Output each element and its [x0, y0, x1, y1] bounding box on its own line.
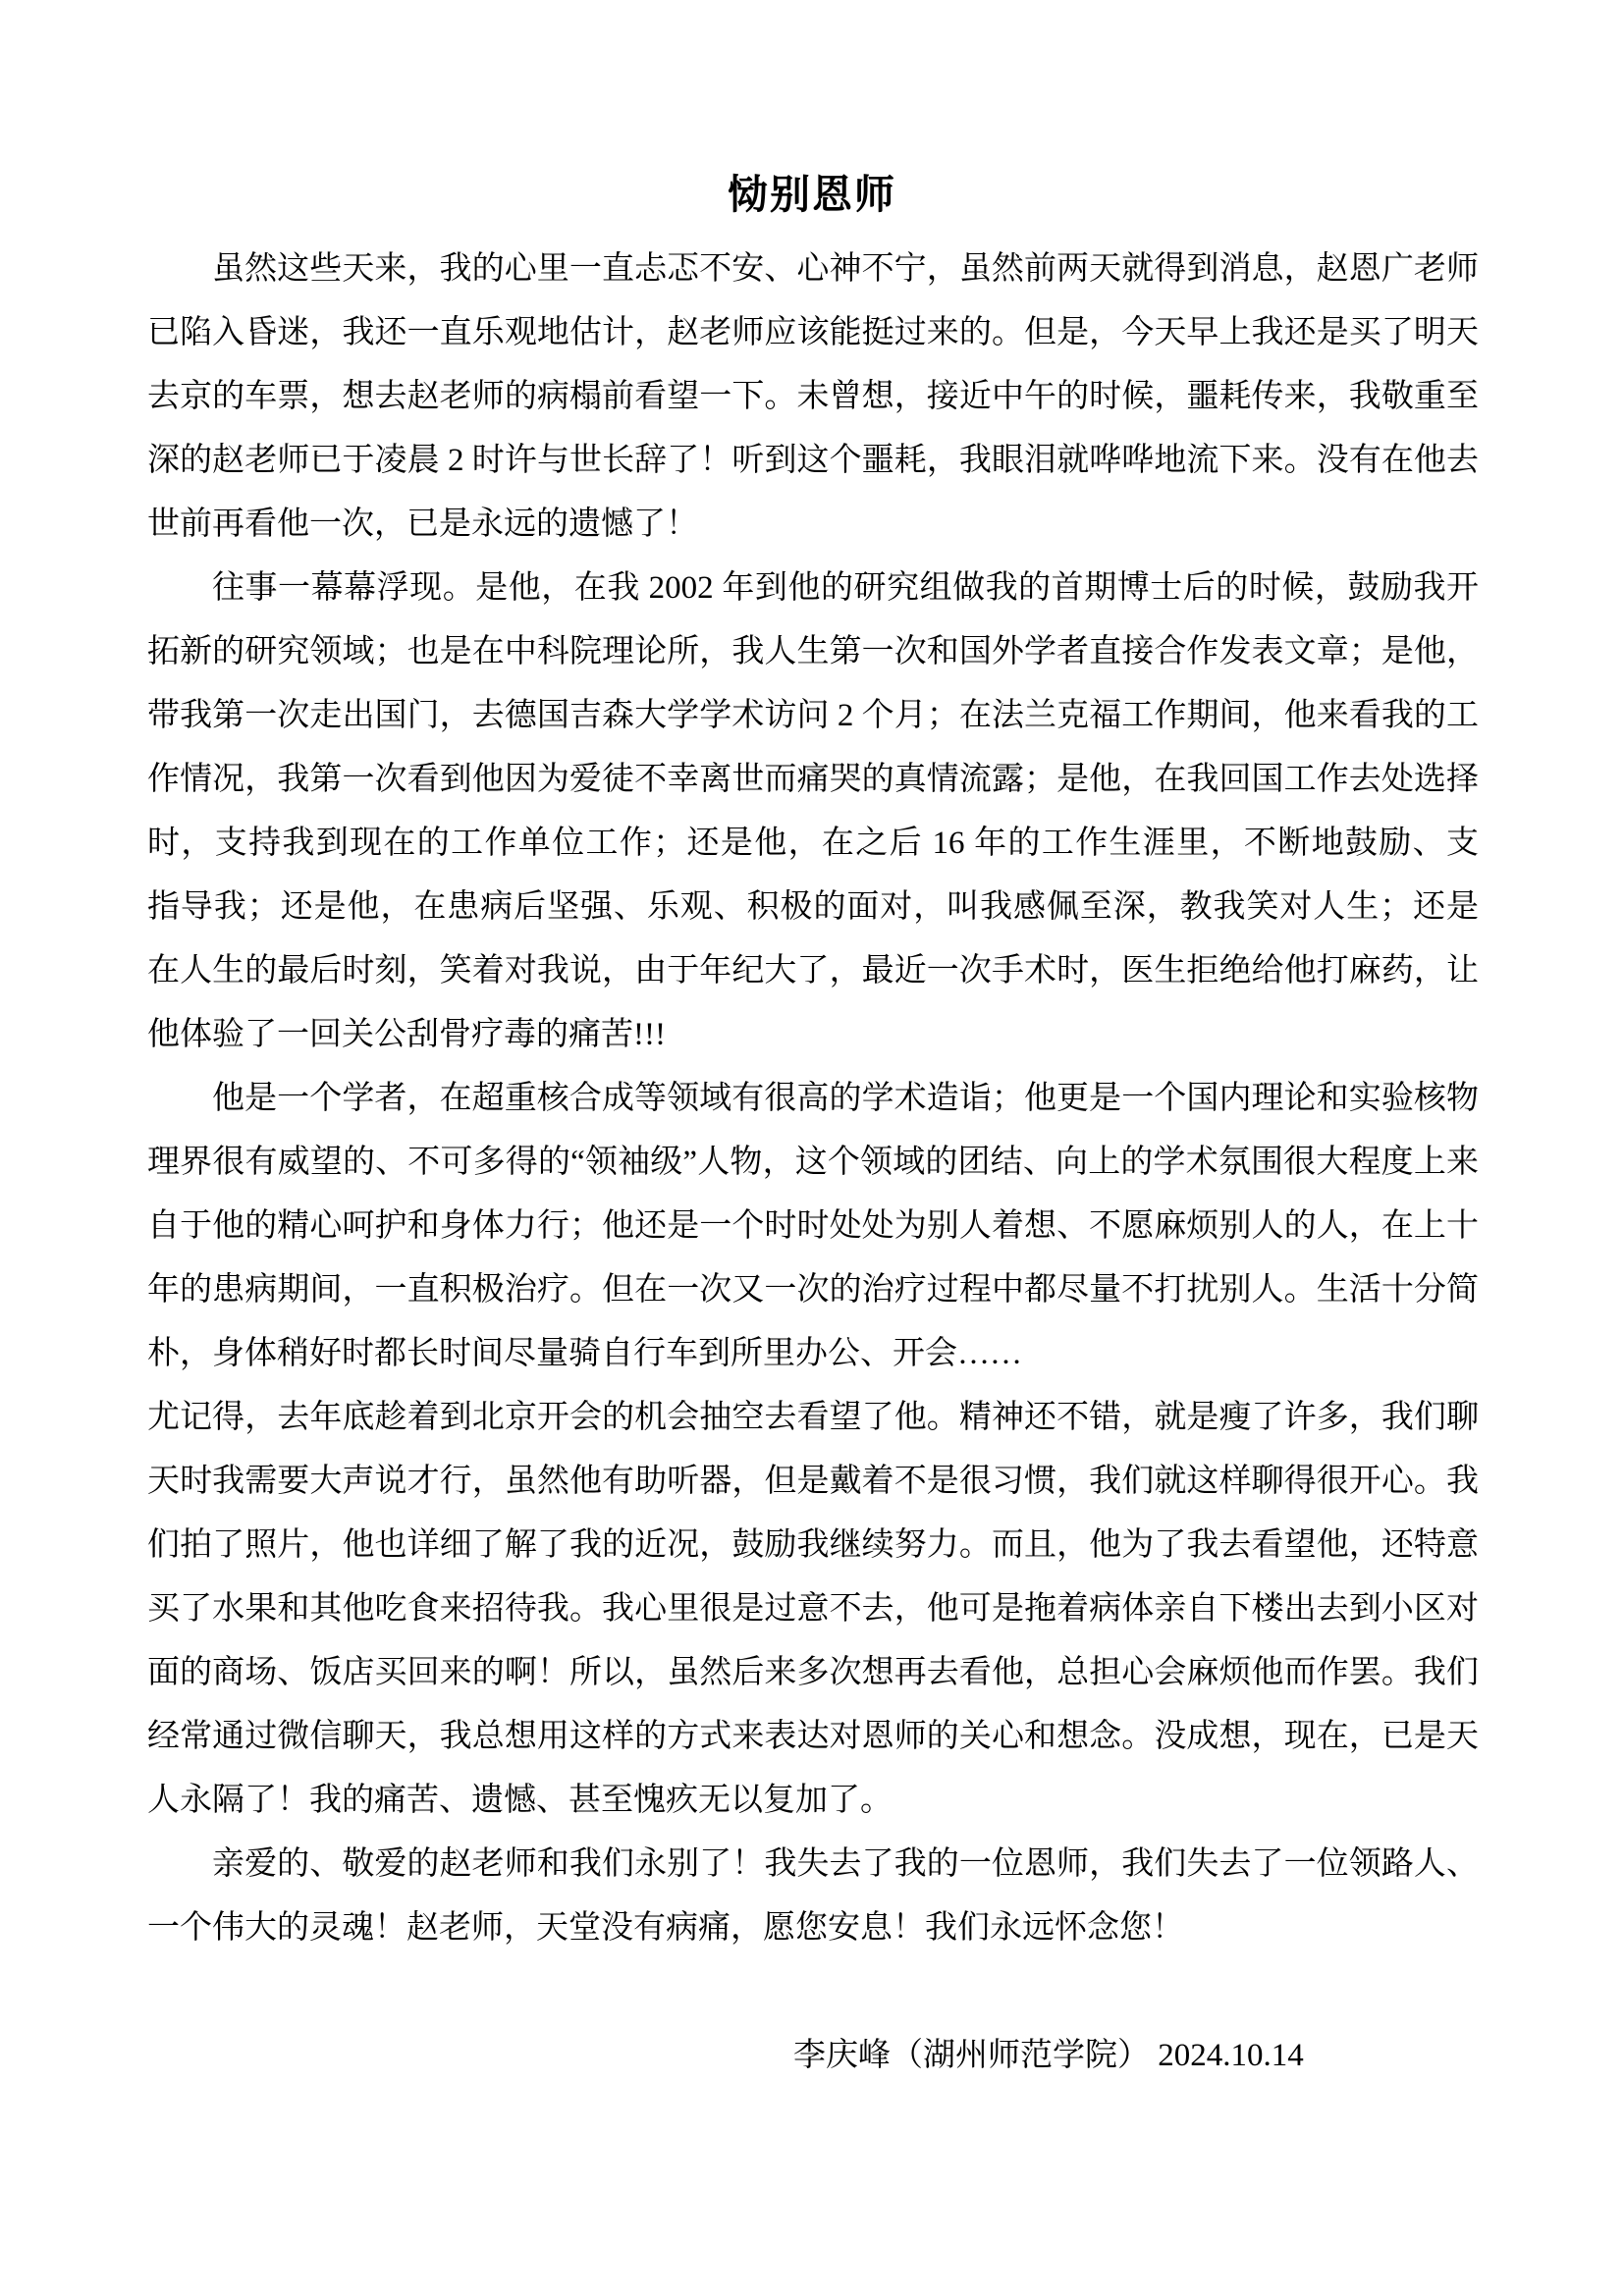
text-line: 作情况，我第一次看到他因为爱徒不幸离世而痛哭的真情流露；是他，在我回国工作去处选… [147, 748, 1479, 812]
text-line: 自于他的精心呵护和身体力行；他还是一个时时处处为别人着想、不愿麻烦别人的人，在上… [147, 1195, 1479, 1258]
text-line: 在人生的最后时刻，笑着对我说，由于年纪大了，最近一次手术时，医生拒绝给他打麻药，… [147, 939, 1479, 1003]
text-line: 面的商场、饭店买回来的啊！所以，虽然后来多次想再去看他，总担心会麻烦他而作罢。我… [147, 1641, 1479, 1705]
text-line: 一个伟大的灵魂！赵老师，天堂没有病痛，愿您安息！我们永远怀念您！ [147, 1896, 1479, 1960]
paragraph: 他是一个学者，在超重核合成等领域有很高的学术造诣；他更是一个国内理论和实验核物理… [147, 1067, 1479, 1386]
text-line: 亲爱的、敬爱的赵老师和我们永别了！我失去了我的一位恩师，我们失去了一位领路人、 [147, 1833, 1479, 1896]
text-line: 们拍了照片，他也详细了解了我的近况，鼓励我继续努力。而且，他为了我去看望他，还特… [147, 1514, 1479, 1577]
text-line: 指导我；还是他，在患病后坚强、乐观、积极的面对，叫我感佩至深，教我笑对人生；还是… [147, 876, 1479, 939]
text-line: 已陷入昏迷，我还一直乐观地估计，赵老师应该能挺过来的。但是，今天早上我还是买了明… [147, 301, 1479, 365]
paragraph: 往事一幕幕浮现。是他，在我 2002 年到他的研究组做我的首期博士后的时候，鼓励… [147, 557, 1479, 1067]
text-line: 年的患病期间，一直积极治疗。但在一次又一次的治疗过程中都尽量不打扰别人。生活十分… [147, 1258, 1479, 1322]
text-line: 经常通过微信聊天，我总想用这样的方式来表达对恩师的关心和想念。没成想，现在，已是… [147, 1705, 1479, 1769]
text-line: 虽然这些天来，我的心里一直忐忑不安、心神不宁，虽然前两天就得到消息，赵恩广老师 [147, 238, 1479, 301]
text-line: 人永隔了！我的痛苦、遗憾、甚至愧疚无以复加了。 [147, 1769, 1479, 1833]
text-line: 尤记得，去年底趁着到北京开会的机会抽空去看望了他。精神还不错，就是瘦了许多，我们… [147, 1386, 1479, 1450]
text-line: 去京的车票，想去赵老师的病榻前看望一下。未曾想，接近中午的时候，噩耗传来，我敬重… [147, 365, 1479, 429]
text-line: 理界很有威望的、不可多得的“领袖级”人物，这个领域的团结、向上的学术氛围很大程度… [147, 1131, 1479, 1195]
signature-line: 李庆峰（湖州师范学院） 2024.10.14 [147, 2024, 1479, 2088]
paragraph: 亲爱的、敬爱的赵老师和我们永别了！我失去了我的一位恩师，我们失去了一位领路人、一… [147, 1833, 1479, 1960]
text-line: 买了水果和其他吃食来招待我。我心里很是过意不去，他可是拖着病体亲自下楼出去到小区… [147, 1577, 1479, 1641]
paragraph: 虽然这些天来，我的心里一直忐忑不安、心神不宁，虽然前两天就得到消息，赵恩广老师已… [147, 238, 1479, 557]
document-page: 恸别恩师 虽然这些天来，我的心里一直忐忑不安、心神不宁，虽然前两天就得到消息，赵… [0, 0, 1624, 2296]
text-line: 天时我需要大声说才行，虽然他有助听器，但是戴着不是很习惯，我们就这样聊得很开心。… [147, 1450, 1479, 1514]
text-line: 他是一个学者，在超重核合成等领域有很高的学术造诣；他更是一个国内理论和实验核物 [147, 1067, 1479, 1131]
text-line: 朴，身体稍好时都长时间尽量骑自行车到所里办公、开会…… [147, 1322, 1479, 1386]
document-body: 虽然这些天来，我的心里一直忐忑不安、心神不宁，虽然前两天就得到消息，赵恩广老师已… [147, 238, 1479, 1960]
text-line: 时，支持我到现在的工作单位工作；还是他，在之后 16 年的工作生涯里，不断地鼓励… [147, 812, 1479, 876]
paragraph: 尤记得，去年底趁着到北京开会的机会抽空去看望了他。精神还不错，就是瘦了许多，我们… [147, 1386, 1479, 1833]
text-line: 他体验了一回关公刮骨疗毒的痛苦!!! [147, 1003, 1479, 1067]
text-line: 拓新的研究领域；也是在中科院理论所，我人生第一次和国外学者直接合作发表文章；是他… [147, 620, 1479, 684]
text-line: 世前再看他一次，已是永远的遗憾了！ [147, 493, 1479, 557]
text-line: 往事一幕幕浮现。是他，在我 2002 年到他的研究组做我的首期博士后的时候，鼓励… [147, 557, 1479, 620]
text-line: 带我第一次走出国门，去德国吉森大学学术访问 2 个月；在法兰克福工作期间，他来看… [147, 684, 1479, 748]
text-line: 深的赵老师已于凌晨 2 时许与世长辞了！听到这个噩耗，我眼泪就哗哗地流下来。没有… [147, 429, 1479, 493]
document-title: 恸别恩师 [0, 163, 1624, 227]
